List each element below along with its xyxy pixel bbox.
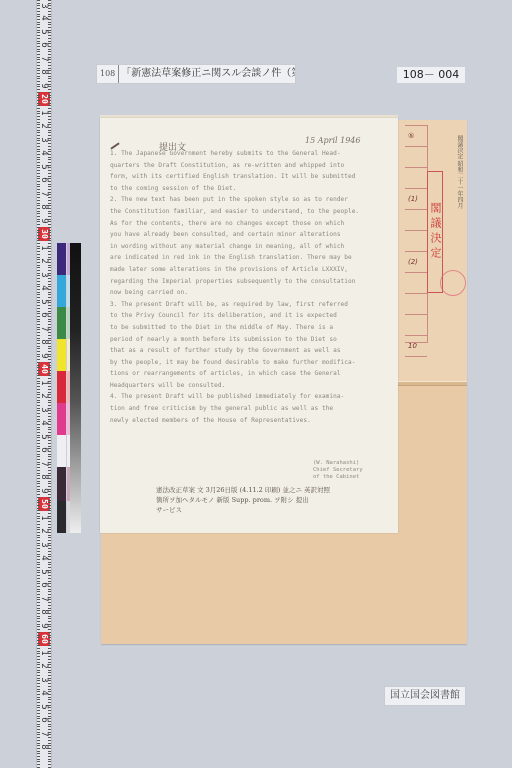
- ruler-tick: [37, 729, 40, 730]
- ruler-tick: [37, 616, 40, 617]
- ruler-tick: [37, 46, 40, 47]
- ruler-tick: [48, 138, 51, 139]
- ruler-tick: [37, 437, 40, 438]
- ruler-tick: [37, 618, 40, 619]
- ruler-tick: [48, 745, 51, 746]
- measurement-ruler: 3456789201234567893012345678940123456789…: [36, 0, 52, 768]
- ruler-tick: [48, 5, 51, 6]
- ruler-tick: [37, 394, 40, 395]
- ruler-tick: [48, 262, 51, 263]
- ruler-tick: [37, 694, 40, 695]
- ruler-tick: [37, 610, 40, 611]
- ruler-tick: [48, 697, 51, 698]
- typed-line: now being carried on.: [110, 287, 390, 299]
- ruler-tick: [37, 381, 40, 382]
- ruler-tick: [48, 721, 51, 722]
- ruler-tick: [48, 446, 51, 447]
- ruler-tick: [37, 11, 40, 12]
- ruler-tick: [37, 435, 40, 436]
- ruler-tick: [48, 726, 51, 727]
- ruler-tick: [37, 105, 40, 106]
- ruler-tick: [48, 235, 51, 236]
- ruler-tick: [48, 135, 51, 136]
- ruler-tick: [37, 197, 40, 198]
- ruler-tick: [48, 572, 51, 573]
- ruler-tick: [37, 640, 40, 641]
- ruler-tick: [48, 319, 51, 320]
- ruler-tick: [37, 678, 40, 679]
- ruler-tick: [48, 451, 51, 452]
- typed-line: to the Privy Council for its deliberatio…: [110, 310, 390, 322]
- ruler-tick: [48, 370, 51, 371]
- ruler-tick: [48, 130, 51, 131]
- ruler-tick: [37, 62, 40, 63]
- ruler-tick: [48, 383, 51, 384]
- ruler-tick: [37, 346, 40, 347]
- ruler-tick: [37, 284, 40, 285]
- ruler-tick: [48, 543, 51, 544]
- ruler-tick: [37, 324, 40, 325]
- typed-line: As for the contents, there are no change…: [110, 218, 390, 230]
- ruler-tick: [48, 97, 51, 98]
- ruler-tick: [48, 113, 51, 114]
- ruler-tick: [48, 378, 51, 379]
- slip-row: ⑤: [405, 126, 427, 147]
- ruler-tick: [37, 84, 40, 85]
- ruler-tick: [48, 205, 51, 206]
- ruler-tick: [37, 92, 40, 93]
- ruler-tick: [37, 494, 40, 495]
- ruler-tick: [37, 181, 40, 182]
- ruler-tick: [37, 459, 40, 460]
- ruler-tick: [37, 240, 40, 241]
- ruler-tick: [37, 416, 40, 417]
- ruler-tick: [48, 613, 51, 614]
- ruler-tick: [48, 618, 51, 619]
- ruler-tick: [37, 235, 40, 236]
- ruler-tick: [48, 686, 51, 687]
- ruler-tick: [48, 127, 51, 128]
- ruler-tick: [37, 216, 40, 217]
- ruler-tick: [48, 132, 51, 133]
- ruler-tick: [37, 286, 40, 287]
- ruler-tick: [37, 348, 40, 349]
- ruler-tick: [37, 281, 40, 282]
- ruler-tick: [48, 38, 51, 39]
- ruler-tick: [37, 489, 40, 490]
- ruler-tick: [37, 311, 40, 312]
- ruler-tick: [48, 275, 51, 276]
- ruler-tick: [48, 486, 51, 487]
- ruler-tick: [48, 35, 51, 36]
- ruler-tick: [48, 645, 51, 646]
- ruler-tick: [48, 73, 51, 74]
- ruler-tick: [48, 497, 51, 498]
- ruler-tick: [37, 340, 40, 341]
- ruler-tick: [48, 548, 51, 549]
- ruler-tick: [48, 683, 51, 684]
- ruler-tick: [48, 348, 51, 349]
- ruler-tick: [48, 51, 51, 52]
- typed-line: quarters the Draft Constitution, as re-w…: [110, 160, 390, 172]
- ruler-tick: [37, 605, 40, 606]
- ruler-tick: [48, 467, 51, 468]
- ruler-tick: [37, 707, 40, 708]
- ruler-tick: [37, 448, 40, 449]
- color-swatch: [57, 243, 66, 275]
- ruler-tick: [37, 734, 40, 735]
- ruler-tick: [37, 424, 40, 425]
- ruler-tick: [37, 500, 40, 501]
- ruler-tick: [37, 581, 40, 582]
- slip-row: [405, 273, 427, 294]
- ruler-tick: [48, 224, 51, 225]
- ruler-tick: [48, 227, 51, 228]
- ruler-tick: [37, 343, 40, 344]
- ruler-tick: [48, 621, 51, 622]
- ruler-tick: [37, 397, 40, 398]
- ruler-tick: [48, 367, 51, 368]
- ruler-tick: [48, 632, 51, 633]
- ruler-tick: [37, 32, 40, 33]
- ruler-tick: [48, 232, 51, 233]
- ruler-tick: [37, 359, 40, 360]
- color-swatch: [57, 371, 66, 403]
- typed-line: form, with its certified English transla…: [110, 171, 390, 183]
- ruler-tick: [37, 637, 40, 638]
- handwritten-notes: 憲法改正草案 文 3月26日版 (4.11.2 印刷) 並之ニ 英訳対照箇所ヲ加…: [156, 485, 330, 515]
- typed-line: 4. The present Draft will be published i…: [110, 391, 390, 403]
- ruler-tick: [48, 154, 51, 155]
- ruler-tick: [48, 594, 51, 595]
- document-title: 「新憲法草案修正ニ関スル会談ノ件（第1次）」: [119, 68, 296, 79]
- ruler-tick: [48, 635, 51, 636]
- ruler-tick: [37, 594, 40, 595]
- ruler-tick: [37, 486, 40, 487]
- typed-line: to be submitted to the Diet in the middl…: [110, 322, 390, 334]
- ruler-tick: [37, 653, 40, 654]
- ruler-tick: [37, 208, 40, 209]
- ruler-tick: [37, 200, 40, 201]
- ruler-tick: [48, 243, 51, 244]
- ruler-tick: [37, 43, 40, 44]
- ruler-tick: [48, 753, 51, 754]
- slip-row: [405, 231, 427, 252]
- ruler-tick: [48, 356, 51, 357]
- ruler-tick: [37, 597, 40, 598]
- ruler-tick: [37, 70, 40, 71]
- ruler-tick: [37, 186, 40, 187]
- ruler-tick: [37, 672, 40, 673]
- ruler-tick: [48, 338, 51, 339]
- ruler-tick: [37, 143, 40, 144]
- ruler-tick: [48, 76, 51, 77]
- ruler-tick: [48, 718, 51, 719]
- ruler-tick: [37, 254, 40, 255]
- ruler-tick: [48, 19, 51, 20]
- ruler-tick: [48, 454, 51, 455]
- ruler-tick: [48, 392, 51, 393]
- document-id-label: 108－ 004: [397, 67, 465, 83]
- ruler-tick: [48, 54, 51, 55]
- ruler-tick: [37, 645, 40, 646]
- ruler-tick: [48, 140, 51, 141]
- ruler-tick: [37, 370, 40, 371]
- ruler-tick: [37, 302, 40, 303]
- ruler-tick: [48, 540, 51, 541]
- handwritten-note-line: サービス: [156, 505, 330, 515]
- typed-line: 2. The new text has been put in the spok…: [110, 194, 390, 206]
- ruler-tick: [48, 238, 51, 239]
- signature-line: (W. Narahashi): [313, 460, 363, 467]
- ruler-tick: [48, 0, 51, 1]
- ruler-tick: [37, 97, 40, 98]
- slip-handwritten-notes: 閣議決定 昭和二十一年四月: [445, 135, 463, 275]
- ruler-tick: [37, 383, 40, 384]
- ruler-tick: [37, 724, 40, 725]
- handwritten-date: 15 April 1946: [305, 136, 360, 145]
- ruler-tick: [48, 273, 51, 274]
- ruler-tick: [48, 443, 51, 444]
- ruler-tick: [48, 211, 51, 212]
- ruler-tick: [37, 621, 40, 622]
- ruler-tick: [48, 440, 51, 441]
- ruler-tick: [48, 710, 51, 711]
- ruler-tick: [48, 551, 51, 552]
- ruler-tick: [37, 0, 40, 1]
- slip-row: (2): [405, 252, 427, 273]
- ruler-tick: [37, 24, 40, 25]
- ruler-tick: [48, 84, 51, 85]
- ruler-tick: [37, 173, 40, 174]
- library-label: 国立国会図書館: [384, 686, 466, 706]
- ruler-tick: [48, 59, 51, 60]
- ruler-tick: [48, 513, 51, 514]
- ruler-tick: [48, 321, 51, 322]
- ruler-tick: [37, 664, 40, 665]
- ruler-tick: [37, 205, 40, 206]
- ruler-tick: [48, 424, 51, 425]
- ruler-tick: [37, 483, 40, 484]
- ruler-tick: [37, 194, 40, 195]
- ruler-tick: [48, 62, 51, 63]
- ruler-tick: [37, 138, 40, 139]
- ruler-tick: [37, 319, 40, 320]
- ruler-tick: [37, 135, 40, 136]
- ruler-tick: [37, 718, 40, 719]
- ruler-tick: [37, 189, 40, 190]
- ruler-tick: [37, 427, 40, 428]
- ruler-tick: [48, 494, 51, 495]
- ruler-tick: [37, 246, 40, 247]
- ruler-tick: [37, 162, 40, 163]
- ruler-tick: [48, 335, 51, 336]
- ruler-tick: [37, 583, 40, 584]
- ruler-tick: [48, 478, 51, 479]
- ruler-tick: [48, 643, 51, 644]
- ruler-tick: [48, 86, 51, 87]
- ruler-tick: [48, 605, 51, 606]
- typed-line: newly elected members of the House of Re…: [110, 415, 390, 427]
- ruler-tick: [37, 689, 40, 690]
- ruler-tick: [48, 208, 51, 209]
- ruler-tick: [37, 89, 40, 90]
- ruler-tick: [48, 640, 51, 641]
- ruler-tick: [48, 30, 51, 31]
- ruler-tick: [48, 481, 51, 482]
- ruler-tick: [37, 65, 40, 66]
- ruler-tick: [37, 748, 40, 749]
- ruler-tick: [48, 14, 51, 15]
- ruler-tick: [37, 410, 40, 411]
- ruler-tick: [48, 313, 51, 314]
- ruler-tick: [48, 149, 51, 150]
- ruler-tick: [37, 481, 40, 482]
- ruler-tick: [48, 340, 51, 341]
- ruler-tick: [37, 451, 40, 452]
- ruler-tick: [48, 410, 51, 411]
- ruler-tick: [48, 491, 51, 492]
- typed-line: 3. The present Draft will be, as require…: [110, 299, 390, 311]
- ruler-tick: [37, 440, 40, 441]
- ruler-tick: [37, 761, 40, 762]
- ruler-tick: [37, 608, 40, 609]
- ruler-tick: [37, 680, 40, 681]
- ruler-tick: [48, 473, 51, 474]
- ruler-tick: [48, 510, 51, 511]
- ruler-tick: [37, 149, 40, 150]
- grayscale-strip: [70, 243, 81, 533]
- typed-line: made later some alterations in the provi…: [110, 264, 390, 276]
- ruler-tick: [48, 108, 51, 109]
- ruler-tick: [37, 697, 40, 698]
- ruler-tick: [37, 513, 40, 514]
- typed-line: by the people, it may be found desirable…: [110, 357, 390, 369]
- ruler-tick: [37, 313, 40, 314]
- ruler-tick: [48, 670, 51, 671]
- ruler-tick: [37, 518, 40, 519]
- ruler-tick: [48, 456, 51, 457]
- ruler-tick: [48, 570, 51, 571]
- ruler-tick: [37, 691, 40, 692]
- ruler-tick: [48, 92, 51, 93]
- ruler-tick: [48, 408, 51, 409]
- slip-row: [405, 315, 427, 336]
- ruler-tick: [48, 57, 51, 58]
- ruler-tick: [48, 281, 51, 282]
- ruler-tick: [48, 586, 51, 587]
- ruler-tick: [37, 529, 40, 530]
- ruler-tick: [48, 419, 51, 420]
- ruler-tick: [37, 146, 40, 147]
- typed-line: period of nearly a month before its subm…: [110, 334, 390, 346]
- ruler-tick: [48, 240, 51, 241]
- ruler-tick: [37, 332, 40, 333]
- ruler-tick: [48, 184, 51, 185]
- ruler-tick: [48, 562, 51, 563]
- ruler-tick: [37, 505, 40, 506]
- signature-block: (W. Narahashi)Chief Secretaryof the Cabi…: [313, 460, 363, 481]
- ruler-tick: [37, 154, 40, 155]
- ruler-tick: [37, 316, 40, 317]
- ruler-tick: [37, 632, 40, 633]
- ruler-tick: [37, 365, 40, 366]
- ruler-tick: [37, 251, 40, 252]
- ruler-tick: [37, 402, 40, 403]
- ruler-tick: [37, 140, 40, 141]
- ruler-tick: [48, 713, 51, 714]
- ruler-tick: [37, 259, 40, 260]
- ruler-tick: [48, 248, 51, 249]
- ruler-tick: [48, 3, 51, 4]
- ruler-tick: [48, 22, 51, 23]
- ruler-tick: [48, 27, 51, 28]
- ruler-tick: [48, 402, 51, 403]
- ruler-tick: [37, 464, 40, 465]
- ruler-tick: [37, 356, 40, 357]
- ruler-tick: [48, 416, 51, 417]
- ruler-tick: [37, 151, 40, 152]
- ruler-tick: [48, 624, 51, 625]
- ruler-tick: [48, 667, 51, 668]
- ruler-tick: [37, 589, 40, 590]
- ruler-tick: [37, 35, 40, 36]
- ruler-tick: [48, 373, 51, 374]
- ruler-tick: [37, 130, 40, 131]
- ruler-tick: [48, 359, 51, 360]
- ruler-tick: [37, 567, 40, 568]
- ruler-tick: [48, 729, 51, 730]
- ruler-tick: [48, 65, 51, 66]
- ruler-tick: [48, 284, 51, 285]
- ruler-tick: [37, 243, 40, 244]
- ruler-tick: [37, 16, 40, 17]
- ruler-tick: [48, 516, 51, 517]
- ruler-tick: [48, 518, 51, 519]
- ruler-tick: [48, 257, 51, 258]
- typed-line: in wording without any material change i…: [110, 241, 390, 253]
- ruler-tick: [37, 238, 40, 239]
- typed-line: 1. The Japanese Government hereby submit…: [110, 148, 390, 160]
- ruler-tick: [48, 470, 51, 471]
- ruler-tick: [37, 713, 40, 714]
- ruler-tick: [48, 567, 51, 568]
- ruler-tick: [37, 165, 40, 166]
- ruler-tick: [37, 19, 40, 20]
- ruler-tick: [37, 651, 40, 652]
- ruler-tick: [37, 554, 40, 555]
- ruler-tick: [48, 559, 51, 560]
- ruler-tick: [48, 459, 51, 460]
- ruler-tick: [48, 176, 51, 177]
- ruler-tick: [37, 467, 40, 468]
- ruler-tick: [48, 213, 51, 214]
- ruler-tick: [48, 435, 51, 436]
- ruler-tick: [37, 764, 40, 765]
- ruler-tick: [37, 551, 40, 552]
- ruler-tick: [48, 186, 51, 187]
- ruler-tick: [37, 643, 40, 644]
- ruler-tick: [37, 473, 40, 474]
- ruler-tick: [37, 745, 40, 746]
- ruler-tick: [37, 159, 40, 160]
- ruler-tick: [37, 545, 40, 546]
- ruler-tick: [48, 305, 51, 306]
- ruler-tick: [48, 259, 51, 260]
- ruler-tick: [48, 170, 51, 171]
- ruler-tick: [37, 122, 40, 123]
- ruler-tick: [48, 724, 51, 725]
